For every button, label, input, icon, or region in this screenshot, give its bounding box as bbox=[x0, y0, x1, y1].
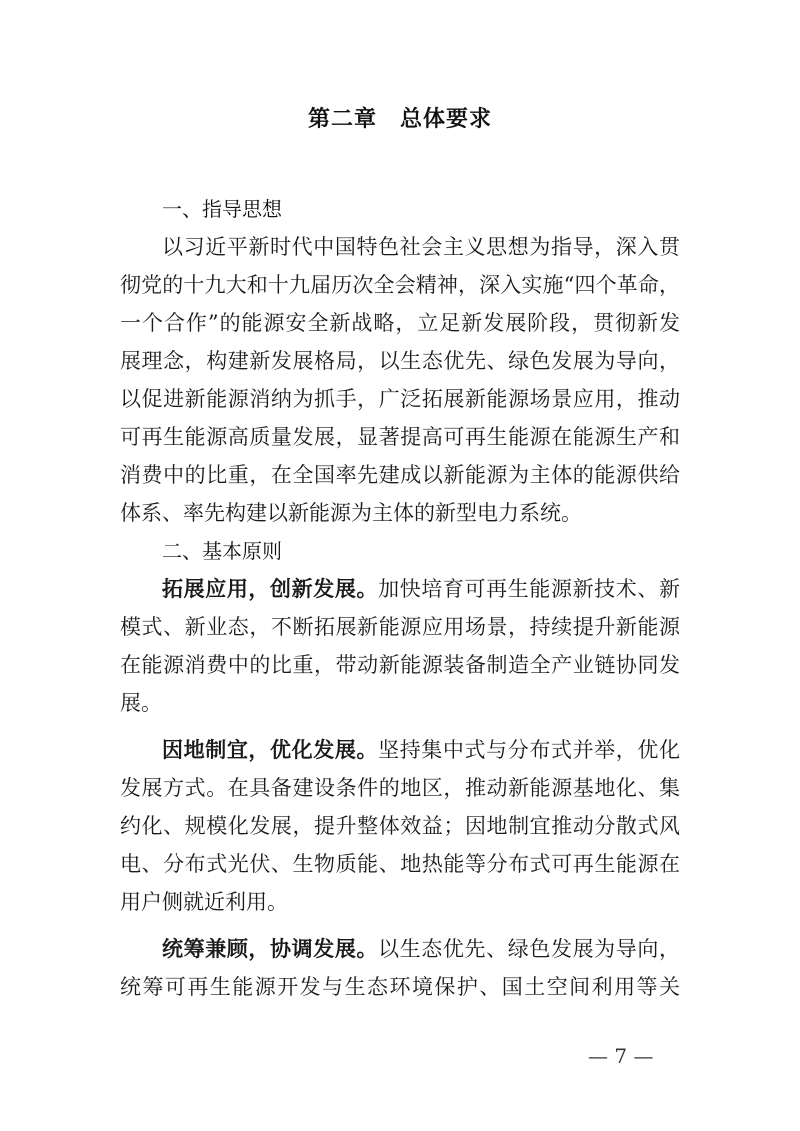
text-line: 展理念，构建新发展格局，以生态优先、绿色发展为导向， bbox=[120, 342, 680, 380]
text-line: 体系、率先构建以新能源为主体的新型电力系统。 bbox=[120, 494, 680, 532]
paragraph-overall-planning: 统筹兼顾，协调发展。以生态优先、绿色发展为导向， 统筹可再生能源开发与生态环境保… bbox=[120, 930, 680, 1006]
paragraph-expand-application: 拓展应用，创新发展。加快培育可再生能源新技术、新 模式、新业态，不断拓展新能源应… bbox=[120, 570, 680, 722]
text-line: 展。 bbox=[120, 684, 680, 722]
text-line: 发展方式。在具备建设条件的地区，推动新能源基地化、集 bbox=[120, 769, 680, 807]
page-number: — 7 — bbox=[588, 1044, 653, 1068]
paragraph-guiding-ideology: 以习近平新时代中国特色社会主义思想为指导，深入贯 彻党的十九大和十九届历次全会精… bbox=[120, 228, 680, 532]
text-line: 以促进新能源消纳为抓手，广泛拓展新能源场景应用，推动 bbox=[120, 380, 680, 418]
section-heading-basic-principles: 二、基本原则 bbox=[120, 532, 680, 570]
text-line: 用户侧就近利用。 bbox=[120, 883, 680, 921]
paragraph-text: 坚持集中式与分布式并举，优化 bbox=[378, 738, 680, 762]
text-line: 彻党的十九大和十九届历次全会精神，深入实施“四个革命， bbox=[120, 266, 680, 304]
paragraph-lead: 拓展应用，创新发展。 bbox=[162, 577, 378, 601]
section-heading-guiding-ideology: 一、指导思想 bbox=[120, 190, 680, 228]
paragraph-local-conditions: 因地制宜，优化发展。坚持集中式与分布式并举，优化 发展方式。在具备建设条件的地区… bbox=[120, 731, 680, 921]
paragraph-lead: 统筹兼顾，协调发展。 bbox=[162, 937, 378, 961]
text-line: 拓展应用，创新发展。加快培育可再生能源新技术、新 bbox=[120, 570, 680, 608]
paragraph-text: 以生态优先、绿色发展为导向， bbox=[378, 937, 680, 961]
text-line: 模式、新业态，不断拓展新能源应用场景，持续提升新能源 bbox=[120, 608, 680, 646]
document-page: 第二章 总体要求 一、指导思想 以习近平新时代中国特色社会主义思想为指导，深入贯… bbox=[0, 0, 800, 1131]
text-line: 在能源消费中的比重，带动新能源装备制造全产业链协同发 bbox=[120, 646, 680, 684]
text-line: 可再生能源高质量发展，显著提高可再生能源在能源生产和 bbox=[120, 418, 680, 456]
text-line: 以习近平新时代中国特色社会主义思想为指导，深入贯 bbox=[120, 228, 680, 266]
chapter-title: 第二章 总体要求 bbox=[0, 102, 800, 133]
document-body: 一、指导思想 以习近平新时代中国特色社会主义思想为指导，深入贯 彻党的十九大和十… bbox=[120, 190, 680, 1006]
text-line: 一个合作”的能源安全新战略，立足新发展阶段，贯彻新发 bbox=[120, 304, 680, 342]
paragraph-text: 加快培育可再生能源新技术、新 bbox=[378, 577, 680, 601]
text-line: 电、分布式光伏、生物质能、地热能等分布式可再生能源在 bbox=[120, 845, 680, 883]
paragraph-lead: 因地制宜，优化发展。 bbox=[162, 738, 378, 762]
text-line: 统筹兼顾，协调发展。以生态优先、绿色发展为导向， bbox=[120, 930, 680, 968]
paragraph-gap bbox=[120, 722, 680, 731]
text-line: 消费中的比重，在全国率先建成以新能源为主体的能源供给 bbox=[120, 456, 680, 494]
text-line: 约化、规模化发展，提升整体效益；因地制宜推动分散式风 bbox=[120, 807, 680, 845]
text-line: 因地制宜，优化发展。坚持集中式与分布式并举，优化 bbox=[120, 731, 680, 769]
text-line: 统筹可再生能源开发与生态环境保护、国土空间利用等关 bbox=[120, 968, 680, 1006]
paragraph-gap bbox=[120, 921, 680, 930]
